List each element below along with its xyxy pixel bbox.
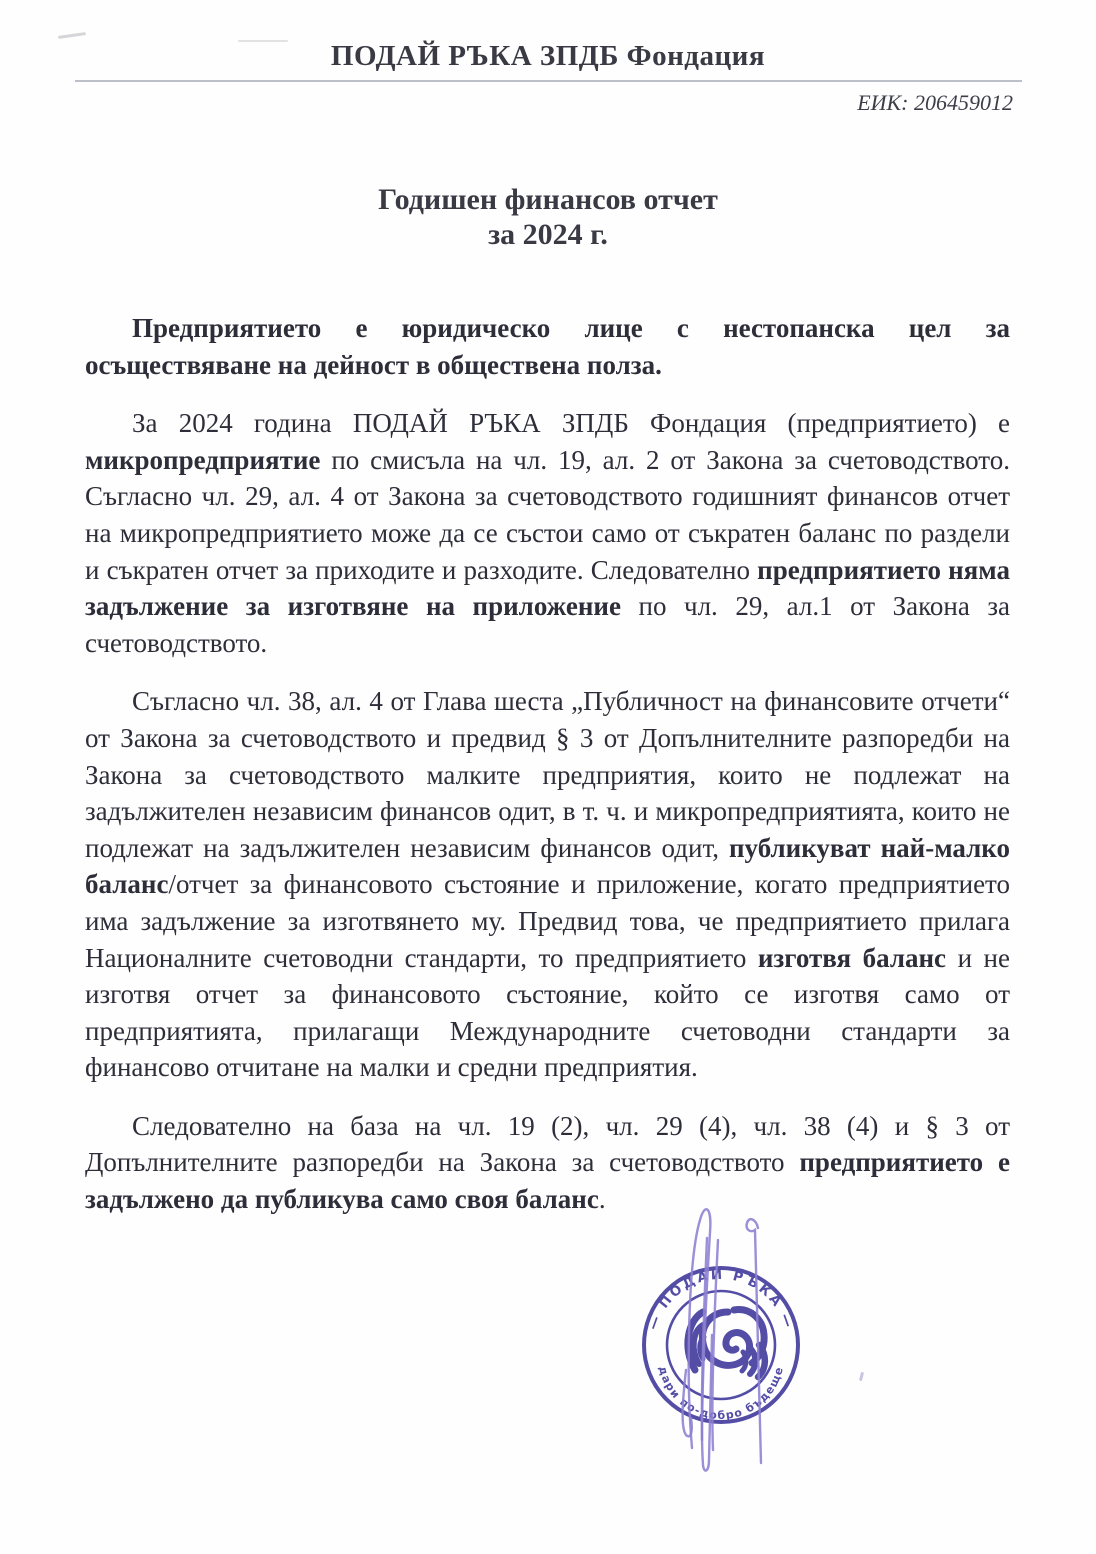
scan-artifact bbox=[238, 40, 288, 42]
text-run: изготвя баланс bbox=[758, 943, 946, 973]
paragraph-3: Съгласно чл. 38, ал. 4 от Глава шеста „П… bbox=[85, 683, 1010, 1086]
paragraph-1: Предприятието е юридическо лице с нестоп… bbox=[85, 310, 1010, 383]
eik-number: ЕИК: 206459012 bbox=[0, 90, 1013, 116]
stamp-svg: — ПОДАЙ РЪКА — дари по-добро бъдеще bbox=[600, 1180, 900, 1510]
text-run: микропредприятие bbox=[85, 445, 320, 475]
text-run: Предприятието е юридическо лице с нестоп… bbox=[85, 313, 1010, 380]
paragraph-2: За 2024 година ПОДАЙ РЪКА ЗПДБ Фондация … bbox=[85, 405, 1010, 661]
title-line-1: Годишен финансов отчет bbox=[0, 182, 1096, 217]
document-header: ПОДАЙ РЪКА ЗПДБ Фондация ЕИК: 206459012 bbox=[0, 0, 1096, 116]
text-run: За 2024 година ПОДАЙ РЪКА ЗПДБ Фондация … bbox=[132, 408, 1010, 438]
foundation-stamp: — ПОДАЙ РЪКА — дари по-добро бъдеще bbox=[644, 1266, 798, 1422]
org-name: ПОДАЙ РЪКА ЗПДБ Фондация bbox=[0, 0, 1096, 73]
hands-spiral-logo-icon bbox=[688, 1310, 765, 1377]
title-line-2: за 2024 г. bbox=[0, 217, 1096, 252]
stamp-and-signature: — ПОДАЙ РЪКА — дари по-добро бъдеще bbox=[600, 1180, 900, 1510]
page-title: Годишен финансов отчет за 2024 г. bbox=[0, 182, 1096, 252]
document-body: Предприятието е юридическо лице с нестоп… bbox=[85, 310, 1010, 1218]
document-page: ПОДАЙ РЪКА ЗПДБ Фондация ЕИК: 206459012 … bbox=[0, 0, 1096, 1554]
stamp-arc-top-text: — ПОДАЙ РЪКА — bbox=[645, 1266, 797, 1332]
header-rule bbox=[75, 80, 1022, 82]
